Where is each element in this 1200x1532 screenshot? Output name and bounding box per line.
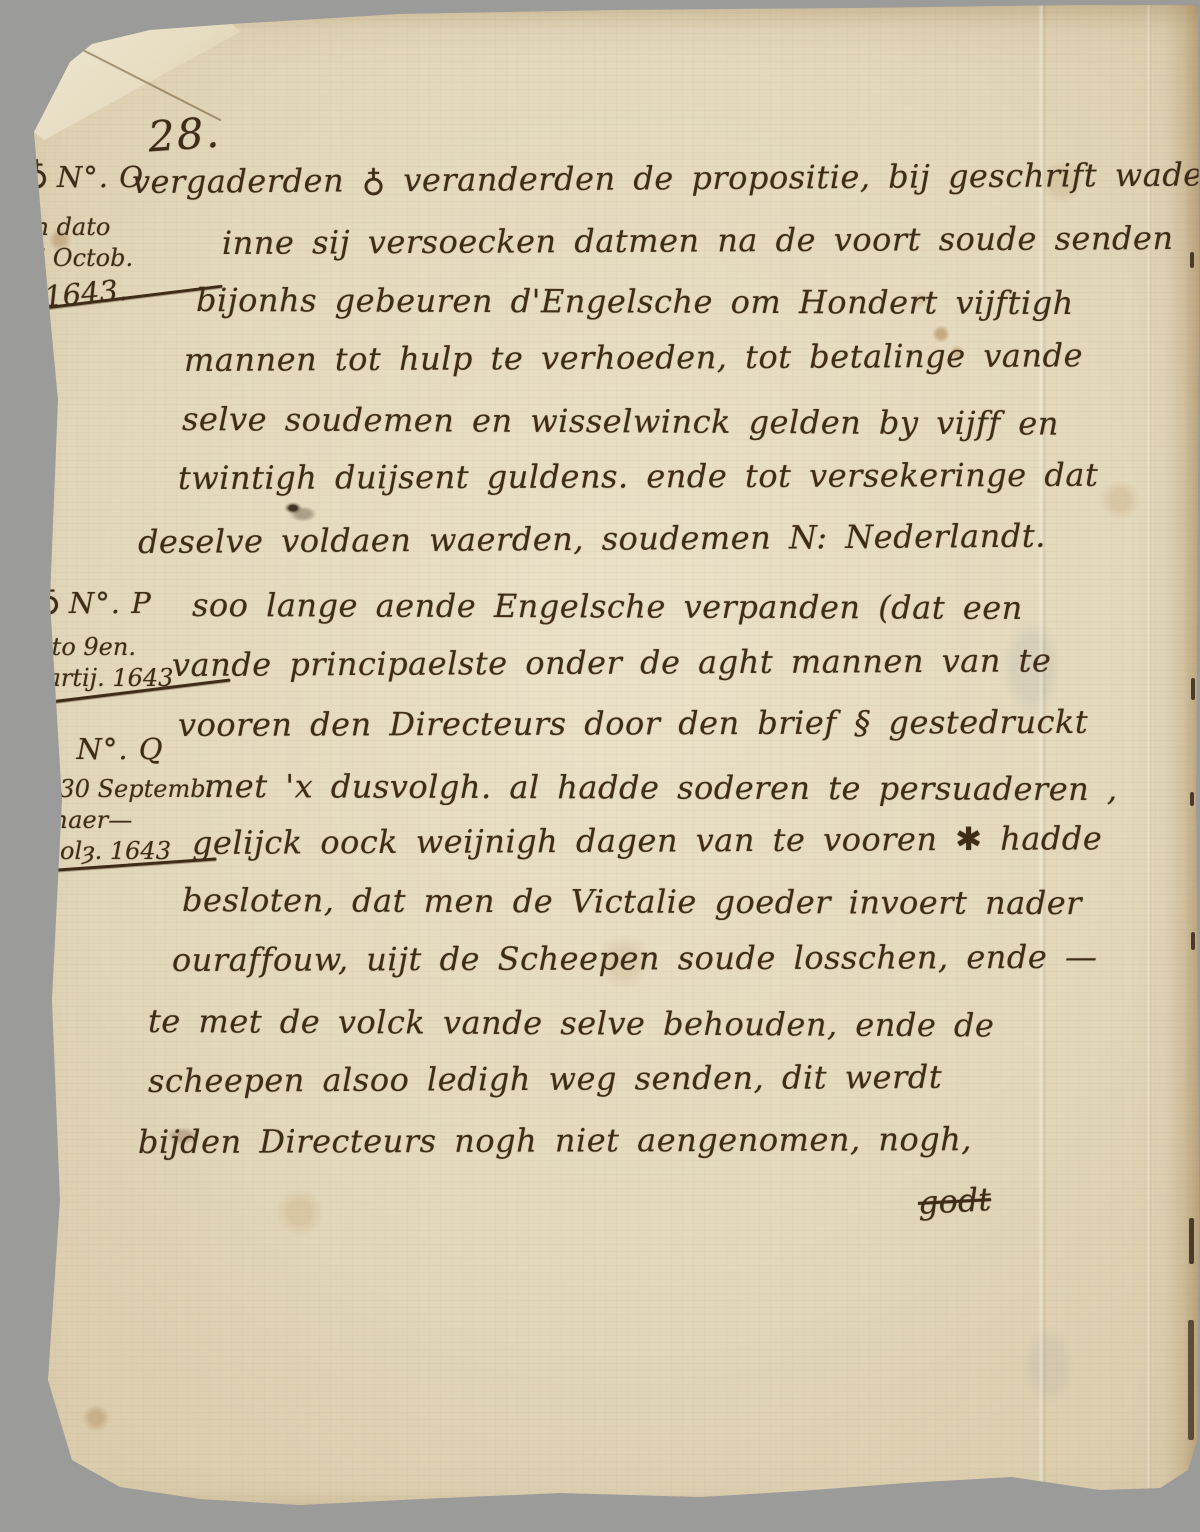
page-number: 28. (146, 108, 222, 162)
edge-mark (1189, 1218, 1194, 1264)
text-line: vooren den Directeurs door den brief § g… (178, 703, 1088, 744)
margin-ref-p: N°. P (69, 586, 152, 620)
text-line: twintigh duijsent guldens. ende tot vers… (178, 456, 1098, 497)
margin-date-line: op 30 Septemb. (22, 774, 217, 805)
asterisk-icon: ✱ (22, 732, 51, 766)
margin-date-line: In dato (24, 212, 224, 243)
text-line: met 'x dusvolgh. al hadde soderen te per… (204, 767, 1118, 808)
text-line: vergaderden ♁ veranderden de propositie,… (132, 156, 1200, 201)
text-line: mannen tot hulp te verhoeden, tot betali… (184, 336, 1083, 379)
text-line: ouraffouw, uijt de Scheepen soude lossch… (172, 938, 1098, 979)
text-line: inne sij versoecken datmen na de voort s… (222, 219, 1174, 262)
text-line: selve soudemen en wisselwinck gelden by … (182, 400, 1059, 443)
edge-mark (1191, 678, 1195, 700)
text-line: gelijck oock weijnigh dagen van te voore… (192, 819, 1102, 862)
text-line: vande principaelste onder de aght mannen… (172, 641, 1052, 684)
text-line: bijden Directeurs nogh niet aengenomen, … (138, 1120, 972, 1161)
manuscript-page: 28. ♁ N°. O In dato 6 Octob. 1643. ♁ N°.… (0, 0, 1200, 1532)
edge-mark (1190, 252, 1194, 268)
scan-background: 28. ♁ N°. O In dato 6 Octob. 1643. ♁ N°.… (0, 0, 1200, 1532)
margin-date-line: in haer— (22, 805, 217, 836)
orb-cross-icon: ♁ (36, 586, 61, 620)
catchword: godt (917, 1180, 992, 1222)
edge-mark (1188, 1320, 1194, 1440)
text-line: bijonhs gebeuren d'Engelsche om Hondert … (196, 281, 1074, 322)
text-line: deselve voldaen waerden, soudemen N: Ned… (138, 517, 1046, 561)
orb-cross-icon: ♁ (24, 160, 49, 194)
edge-mark (1191, 932, 1195, 950)
fold-crease-line (29, 22, 221, 121)
text-line: besloten, dat men de Victalie goeder inv… (182, 881, 1082, 922)
margin-note-q: ✱ N°. Q op 30 Septemb. in haer— resolȝ. … (22, 732, 217, 874)
edge-mark (1190, 792, 1194, 806)
text-line: te met de volck vande selve behouden, en… (148, 1002, 995, 1044)
margin-ref-q: N°. Q (77, 732, 164, 766)
text-line: soo lange aende Engelsche verpanden (dat… (192, 586, 1023, 627)
text-line: scheepen alsoo ledigh weg senden, dit we… (148, 1058, 942, 1100)
